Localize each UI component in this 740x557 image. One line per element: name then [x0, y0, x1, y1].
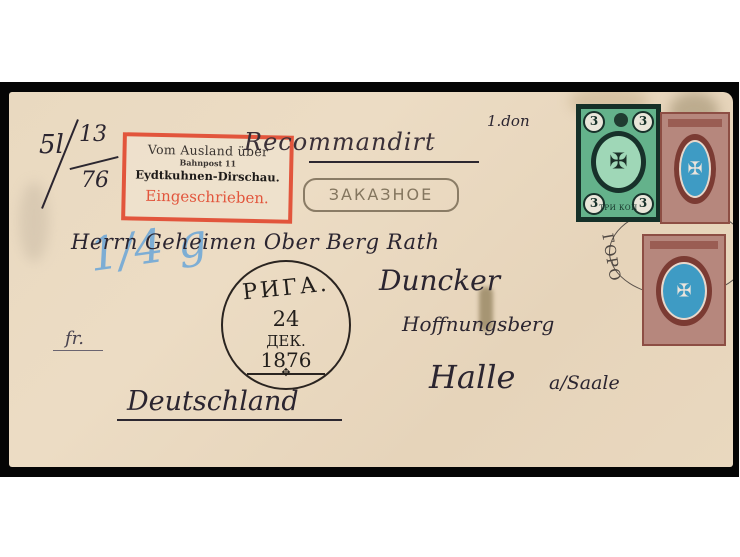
stamp-blue-center: ✠ [679, 140, 711, 198]
denomination-corner: 3 [583, 111, 605, 133]
stamp-oval: ✠ [656, 256, 712, 326]
address-line-2: Duncker [379, 264, 500, 297]
label-line-3: Eydtkuhnen-Dirschau. [126, 167, 289, 184]
fr-underline [53, 350, 103, 351]
country-underline [117, 419, 342, 421]
secondary-postmark-text: ГОРО [598, 232, 624, 283]
postmark-day: 24 [223, 307, 349, 331]
country-text: Deutschland [127, 386, 299, 417]
double-eagle-icon: ✠ [687, 159, 702, 180]
stamp-header-bar [668, 119, 722, 127]
postmark-ornament-line: ✥ [247, 373, 325, 375]
stamp-3-kopek-green: 3 3 3 3 ✠ ТРИ КОП [576, 104, 661, 222]
stamp-blue-center: ✠ [661, 262, 707, 320]
stamp-brown-lower: ✠ [642, 234, 726, 346]
double-eagle-icon: ✠ [676, 281, 691, 302]
recommandirt-text: Recommandirt [244, 128, 436, 156]
registered-handstamp: ЗАКАЗНОЕ [303, 178, 459, 212]
double-eagle-icon: ✠ [609, 150, 627, 175]
address-line-3: Hoffnungsberg [402, 312, 554, 336]
ornament-icon: ✥ [281, 366, 290, 379]
stamp-oval: ✠ [674, 134, 716, 204]
address-city: Halle [429, 358, 515, 396]
fr-note: fr. [65, 328, 84, 349]
recommandirt-underline [309, 161, 479, 163]
docket-number: 5l [39, 130, 64, 160]
crown-icon [614, 113, 628, 127]
stamp-brown-upper: ✠ [660, 112, 730, 224]
stamp-value-text: ТРИ КОП [581, 204, 656, 212]
stamp-oval: ✠ [591, 131, 646, 193]
docket-fraction-bottom: 76 [81, 168, 109, 193]
riga-postmark: РИГА. 24 ДЕК. 1876 ✥ [221, 260, 351, 390]
stamp-header-bar [650, 241, 718, 249]
postmark-city: РИГА. [222, 269, 350, 307]
docket-fraction-top: 13 [79, 122, 107, 147]
top-right-note: 1.don [487, 112, 530, 130]
envelope: 5l 13 76 Vom Ausland über Bahnpost 11 Ey… [9, 92, 733, 467]
denomination-corner: 3 [632, 111, 654, 133]
stain [19, 182, 49, 262]
label-line-4: Eingeschrieben. [125, 186, 288, 207]
address-line-1: Herrn Geheimen Ober Berg Rath [71, 230, 440, 254]
address-city-suffix: a/Saale [549, 372, 620, 394]
